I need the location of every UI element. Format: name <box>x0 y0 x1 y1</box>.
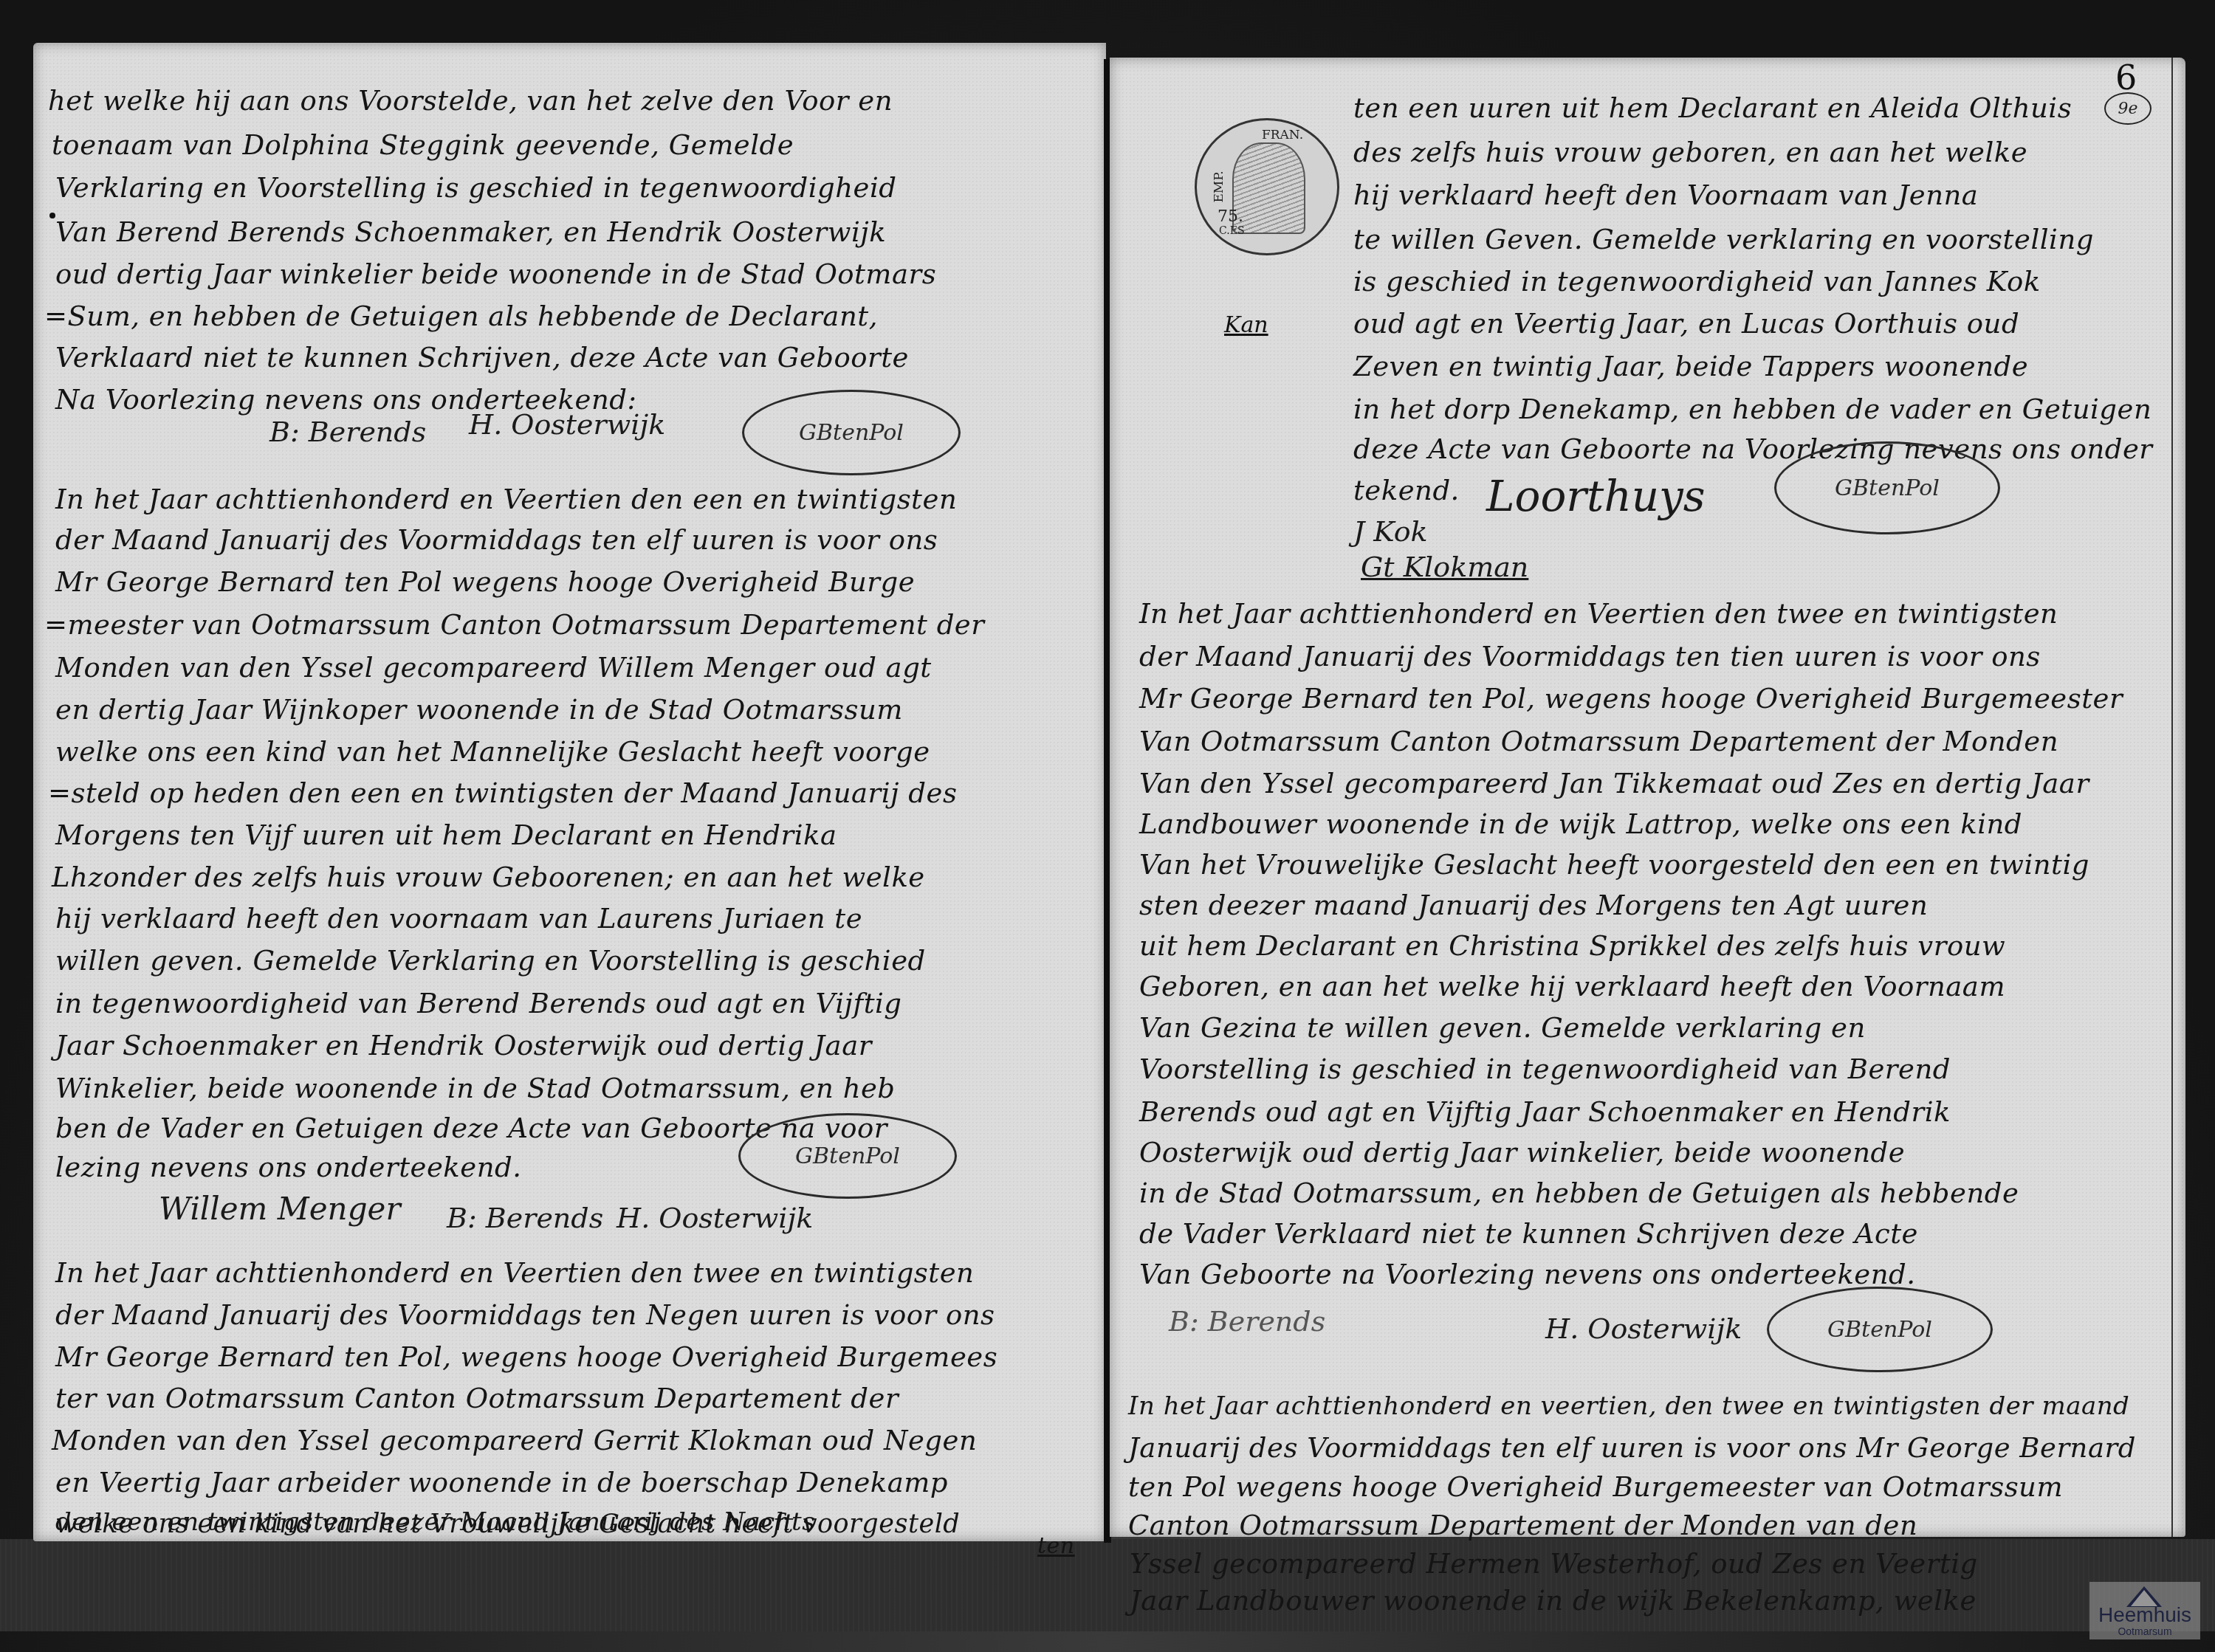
signature-menger: Willem Menger <box>159 1191 401 1227</box>
text-line: Lhzonder des zelfs huis vrouw Geboorenen… <box>52 864 925 891</box>
text-line: der Maand Januarij des Voormiddags ten N… <box>55 1301 995 1329</box>
text-line: uit hem Declarant en Christina Sprikkel … <box>1139 932 2005 960</box>
text-line: in het dorp Denekamp, en hebben de vader… <box>1353 396 2152 423</box>
signature-tenpol: GBtenPol <box>1835 475 1940 501</box>
stamp-top-text: FRAN. <box>1262 128 1303 142</box>
text-line: en Veertig Jaar arbeider woonende in de … <box>55 1469 948 1496</box>
text-line: In het Jaar achttienhonderd en Veertien … <box>55 1259 974 1287</box>
heemhuis-watermark: Heemhuis Ootmarsum <box>2089 1582 2200 1639</box>
catchword: ten <box>1037 1535 1075 1558</box>
text-line: de Vader Verklaard niet te kunnen Schrij… <box>1139 1220 1918 1247</box>
mayor-signature-seal: GBtenPol <box>742 390 961 475</box>
text-line: Berends oud agt en Vijftig Jaar Schoenma… <box>1139 1098 1951 1126</box>
folio-mark-text: 9e <box>2118 100 2137 118</box>
text-line: Geboren, en aan het welke hij verklaard … <box>1139 973 2005 1000</box>
text-line: Jaar Schoenmaker en Hendrik Oosterwijk o… <box>55 1032 872 1059</box>
folio-mark: 9e <box>2104 92 2152 125</box>
text-line: toenaam van Dolphina Steggink geevende, … <box>52 131 794 159</box>
text-line: lezing nevens ons onderteekend. <box>55 1154 521 1181</box>
text-line: Oosterwijk oud dertig Jaar winkelier, be… <box>1139 1139 1905 1166</box>
text-line: Zeven en twintig Jaar, beide Tappers woo… <box>1353 353 2028 380</box>
text-line: oud dertig Jaar winkelier beide woonende… <box>55 261 936 288</box>
signature-oosterwijk: H. Oosterwijk <box>1545 1312 1742 1345</box>
text-line: =meester van Ootmarssum Canton Ootmarssu… <box>44 611 984 639</box>
text-line: Verklaring en Voorstelling is geschied i… <box>55 174 896 202</box>
signature-tenpol: GBtenPol <box>1827 1317 1932 1343</box>
text-line: ter van Ootmarssum Canton Ootmarssum Dep… <box>55 1385 899 1412</box>
text-line: oud agt en Veertig Jaar, en Lucas Oorthu… <box>1353 310 2019 337</box>
text-line: is geschied in tegenwoordigheid van Jann… <box>1353 268 2041 295</box>
text-line: welke ons een kind van het Mannelijke Ge… <box>55 738 930 765</box>
text-line: Mr George Bernard ten Pol, wegens hooge … <box>1139 685 2123 712</box>
text-line: en dertig Jaar Wijnkoper woonende in de … <box>55 696 903 723</box>
text-line: Van Ootmarssum Canton Ootmarssum Departe… <box>1139 728 2058 755</box>
text-line: Monden van den Yssel gecompareerd Gerrit… <box>52 1427 977 1454</box>
signature-klokman: Gt Klokman <box>1361 551 1528 583</box>
text-line: het welke hij aan ons Voorstelde, van he… <box>48 87 893 114</box>
text-line: In het Jaar achttienhonderd en Veertien … <box>1139 600 2058 627</box>
text-line: ten een uuren uit hem Declarant en Aleid… <box>1353 94 2072 122</box>
text-line: der Maand Januarij des Voormiddags ten e… <box>55 526 938 554</box>
text-line: deze Acte van Geboorte na Voorlezing nev… <box>1353 436 2153 463</box>
text-line: =steld op heden den een en twintigsten d… <box>48 779 957 807</box>
text-line: Monden van den Yssel gecompareerd Willem… <box>55 654 932 681</box>
text-line: der Maand Januarij des Voormiddags ten t… <box>1139 643 2041 670</box>
text-line: =Sum, en hebben de Getuigen als hebbende… <box>44 303 878 330</box>
margin-note: Kan <box>1224 312 1268 338</box>
signature-oosterwijk: H. Oosterwijk <box>617 1202 813 1234</box>
ink-dot <box>49 213 55 218</box>
text-line: In het Jaar achttienhonderd en veertien,… <box>1128 1394 2129 1419</box>
left-page: het welke hij aan ons Voorstelde, van he… <box>33 43 1106 1541</box>
text-line: Mr George Bernard ten Pol, wegens hooge … <box>55 1343 997 1371</box>
text-line: Mr George Bernard ten Pol wegens hooge O… <box>55 568 915 596</box>
text-line: sten deezer maand Januarij des Morgens t… <box>1139 892 1928 919</box>
house-roof-icon <box>2126 1586 2162 1607</box>
text-line: Winkelier, beide woonende in de Stad Oot… <box>55 1075 896 1102</box>
text-line: Van Gezina te willen geven. Gemelde verk… <box>1139 1014 1866 1042</box>
text-line: Van Geboorte na Voorlezing nevens ons on… <box>1139 1261 1916 1288</box>
text-line: In het Jaar achttienhonderd en Veertien … <box>55 486 957 513</box>
signature-oosterwijk: H. Oosterwijk <box>469 408 665 441</box>
mayor-signature-seal: GBtenPol <box>1767 1287 1993 1372</box>
text-line: Van Berend Berends Schoenmaker, en Hendr… <box>55 218 886 246</box>
text-line: den een en twintigsten deezer Maand Janu… <box>55 1510 815 1535</box>
right-page: ten een uuren uit hem Declarant en Aleid… <box>1110 58 2185 1537</box>
text-line: tekend. <box>1353 477 1460 504</box>
text-line: Yssel gecompareerd Hermen Westerhof, oud… <box>1130 1550 1978 1577</box>
text-line: Canton Ootmarssum Departement der Monden… <box>1128 1512 1917 1539</box>
revenue-stamp: FRAN. EMP. 75. C.ES <box>1195 118 1339 255</box>
page-number: 6 <box>2115 58 2137 97</box>
text-line: des zelfs huis vrouw geboren, en aan het… <box>1353 139 2027 166</box>
text-line: te willen Geven. Gemelde verklaring en v… <box>1353 226 2094 253</box>
stamp-unit: C.ES <box>1219 225 1244 237</box>
text-line: Landbouwer woonende in de wijk Lattrop, … <box>1139 810 2022 838</box>
page-edge <box>2171 58 2173 1537</box>
text-line: Jaar Landbouwer woonende in de wijk Beke… <box>1130 1587 1977 1614</box>
stamp-value: 75. <box>1218 207 1243 226</box>
signature-berends: B: Berends <box>1169 1305 1325 1338</box>
signature-berends: B: Berends <box>269 416 426 448</box>
stamp-side-text: EMP. <box>1212 171 1226 202</box>
text-line: Voorstelling is geschied in tegenwoordig… <box>1139 1056 1951 1083</box>
mayor-signature-seal: GBtenPol <box>738 1113 957 1199</box>
signature-tenpol: GBtenPol <box>799 420 904 446</box>
text-line: willen geven. Gemelde Verklaring en Voor… <box>55 947 926 974</box>
mayor-signature-seal: GBtenPol <box>1774 441 2000 534</box>
text-line: in tegenwoordigheid van Berend Berends o… <box>55 990 902 1017</box>
text-line: hij verklaard heeft den Voornaam van Jen… <box>1353 182 1978 209</box>
signature-oorthuys: Loorthuys <box>1486 471 1706 521</box>
text-line: Januarij des Voormiddags ten elf uuren i… <box>1128 1434 2136 1462</box>
text-line: Verklaard niet te kunnen Schrijven, deze… <box>55 344 909 371</box>
text-line: hij verklaard heeft den voornaam van Lau… <box>55 905 862 932</box>
watermark-name: Heemhuis <box>2098 1605 2191 1625</box>
signature-berends: B: Berends <box>447 1202 603 1234</box>
text-line: ten Pol wegens hooge Overigheid Burgemee… <box>1128 1473 2063 1501</box>
watermark-sub: Ootmarsum <box>2118 1625 2171 1637</box>
text-line: Morgens ten Vijf uuren uit hem Declarant… <box>55 822 837 849</box>
signature-kok: J Kok <box>1353 515 1428 548</box>
text-line: Van het Vrouwelijke Geslacht heeft voorg… <box>1139 851 2089 878</box>
signature-tenpol: GBtenPol <box>795 1143 900 1169</box>
text-line: in de Stad Ootmarssum, en hebben de Getu… <box>1139 1180 2019 1207</box>
text-line: Van den Yssel gecompareerd Jan Tikkemaat… <box>1139 770 2089 797</box>
